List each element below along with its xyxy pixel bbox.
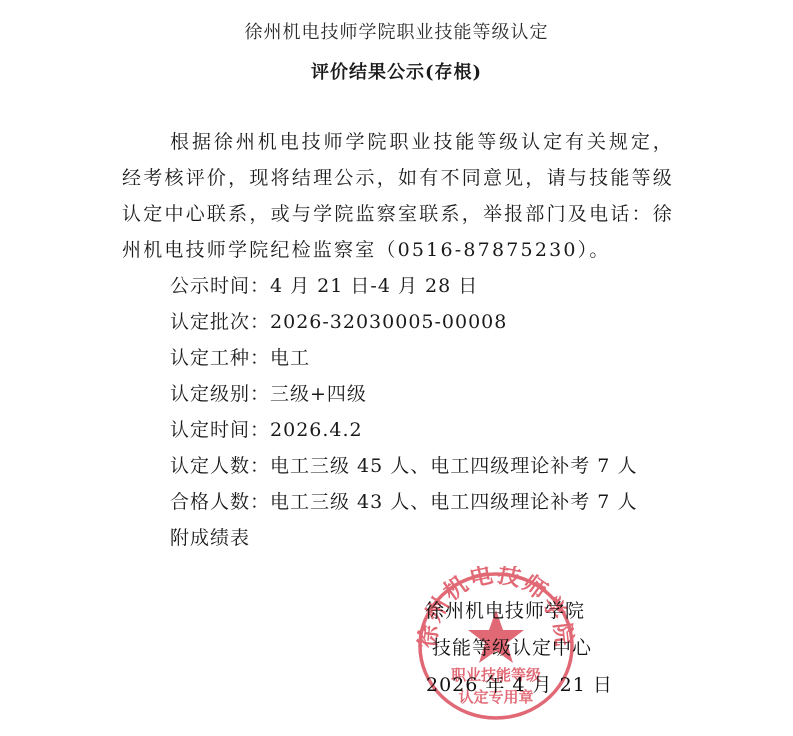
signature-org: 徐州机电技师学院: [425, 596, 585, 623]
info-fields: 公示时间：4 月 21 日-4 月 28 日 认定批次：2026-3203000…: [170, 268, 637, 556]
body-paragraph: 根据徐州机电技师学院职业技能等级认定有关规定，经考核评价，现将结理公示，如有不同…: [122, 124, 674, 268]
document-subtitle: 评价结果公示(存根): [0, 58, 793, 84]
field-trade: 认定工种：电工: [170, 340, 637, 376]
field-level: 认定级别：三级+四级: [170, 376, 637, 412]
field-passed: 合格人数：电工三级 43 人、电工四级理论补考 7 人: [170, 484, 637, 520]
attachment-note: 附成绩表: [170, 520, 637, 556]
document-title: 徐州机电技师学院职业技能等级认定: [0, 18, 793, 44]
signature-date: 2026 年 4 月 21 日: [426, 670, 613, 697]
field-publicity-period: 公示时间：4 月 21 日-4 月 28 日: [170, 268, 637, 304]
field-batch: 认定批次：2026-32030005-00008: [170, 304, 637, 340]
field-candidates: 认定人数：电工三级 45 人、电工四级理论补考 7 人: [170, 448, 637, 484]
signature-dept: 技能等级认定中心: [432, 633, 592, 660]
field-date: 认定时间：2026.4.2: [170, 412, 637, 448]
